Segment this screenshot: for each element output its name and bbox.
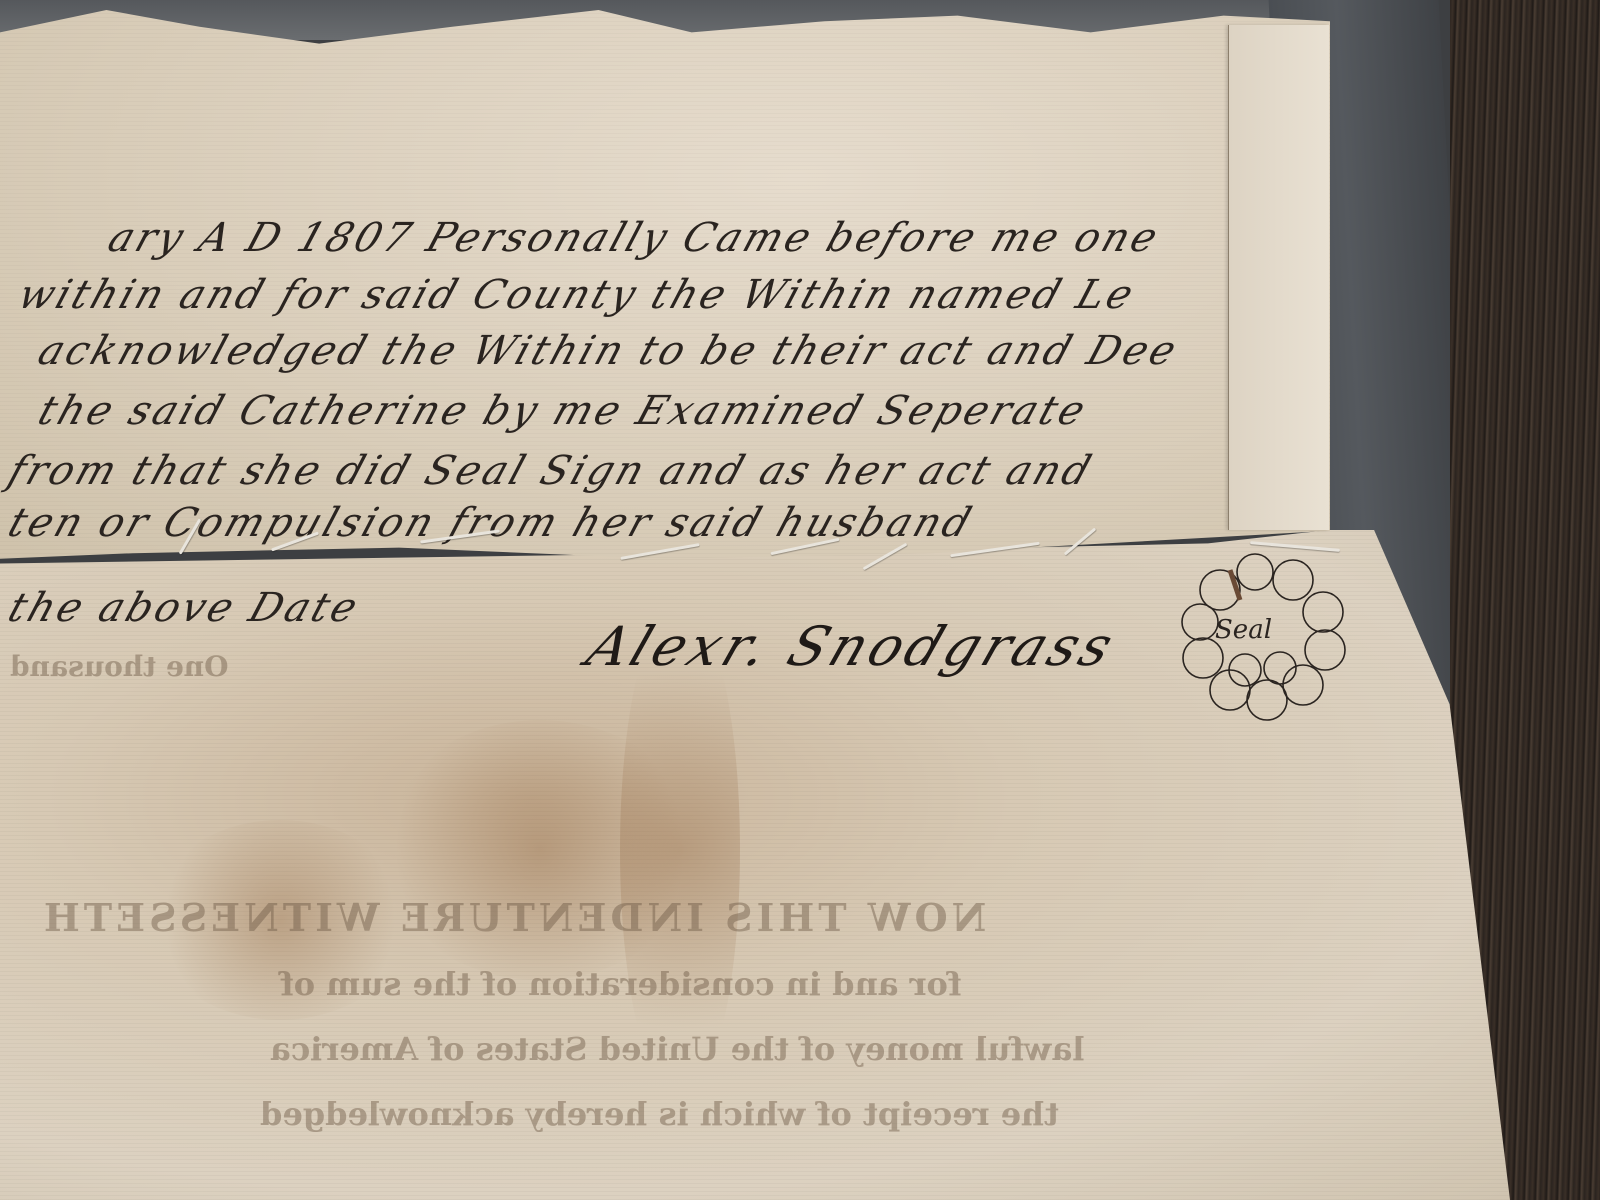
handwritten-line: from that she did Seal Sign and as her a… bbox=[3, 448, 1100, 494]
printed-fragment: One thousand bbox=[10, 650, 228, 683]
printed-line: lawful money of the United States of Ame… bbox=[270, 1030, 1085, 1068]
printed-heading: NOW THIS INDENTURE WITNESSETH bbox=[40, 895, 986, 940]
printed-line: the receipt of which is hereby acknowled… bbox=[260, 1095, 1059, 1133]
signature: Alexr. Snodgrass bbox=[579, 615, 1126, 678]
handwritten-line: acknowledged the Within to be their act … bbox=[33, 328, 1185, 374]
handwritten-line: the above Date bbox=[3, 585, 366, 631]
printed-line: for and in consideration of the sum of bbox=[280, 965, 962, 1003]
handwritten-line: the said Catherine by me Examined Sepera… bbox=[33, 388, 1094, 434]
seal-label: Seal bbox=[1215, 615, 1272, 645]
handwritten-line: ary A D 1807 Personally Came before me o… bbox=[103, 215, 1166, 261]
handwritten-line: within and for said County the Within na… bbox=[13, 272, 1142, 318]
folded-edge bbox=[1228, 25, 1329, 530]
